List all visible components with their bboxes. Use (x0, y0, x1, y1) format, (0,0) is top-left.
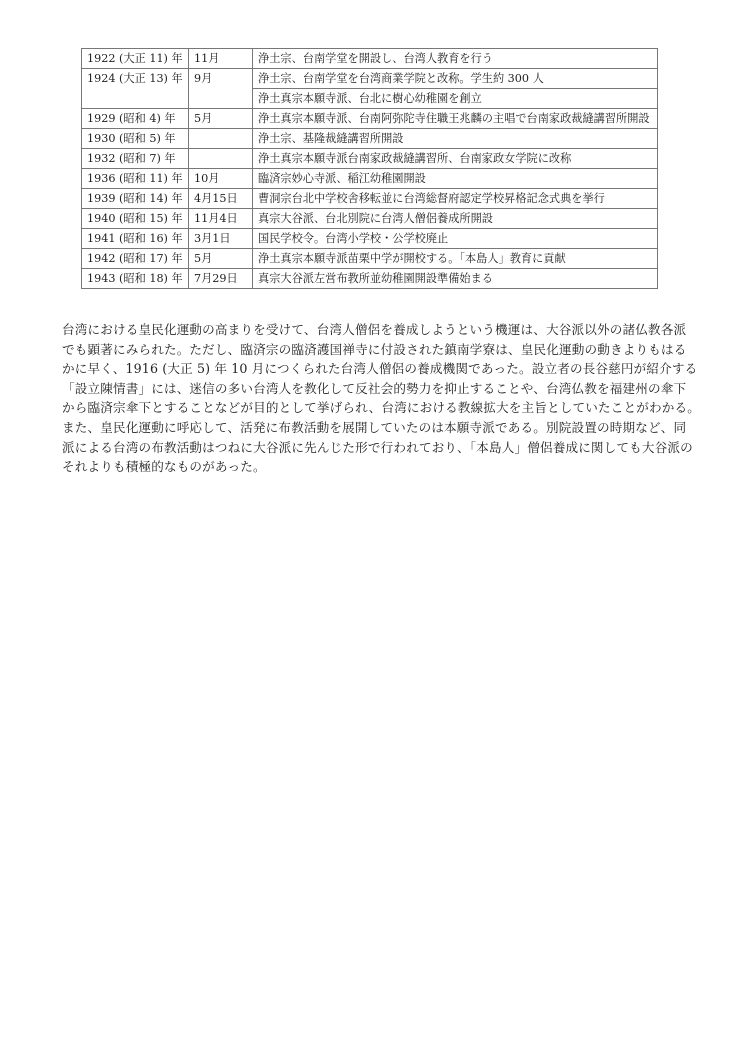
paragraph-line: かに早く、1916 (大正 5) 年 10 月につくられた台湾人僧侶の養成機関で… (62, 359, 679, 379)
date-cell: 1930 (昭和 5) 年 (82, 129, 189, 149)
paragraph-line: それよりも積極的なものがあった。 (62, 457, 679, 477)
chronology-table: 1922 (大正 11) 年 11月 浄土宗、台南学堂を開設し、台湾人教育を行う… (81, 48, 658, 289)
event-cell: 浄土真宗本願寺派、台北に樹心幼稚園を創立 (253, 89, 658, 109)
table-row: 1939 (昭和 14) 年 4月15日 曹洞宗台北中学校舎移転並に台湾総督府認… (82, 189, 658, 209)
month-cell: 11月 (189, 49, 253, 69)
month-cell: 3月1日 (189, 229, 253, 249)
paragraph-line: でも顕著にみられた。ただし、臨済宗の臨済護国禅寺に付設された鎮南学寮は、皇民化運… (62, 340, 679, 360)
date-cell: 1941 (昭和 16) 年 (82, 229, 189, 249)
paragraph-line: 台湾における皇民化運動の高まりを受けて、台湾人僧侶を養成しようという機運は、大谷… (62, 320, 679, 340)
month-cell: 5月 (189, 249, 253, 269)
paragraph-line: また、皇民化運動に呼応して、活発に布教活動を展開していたのは本願寺派である。別院… (62, 418, 679, 438)
event-cell: 浄土宗、台南学堂を開設し、台湾人教育を行う (253, 49, 658, 69)
month-cell: 4月15日 (189, 189, 253, 209)
date-cell: 1922 (大正 11) 年 (82, 49, 189, 69)
table-row: 1922 (大正 11) 年 11月 浄土宗、台南学堂を開設し、台湾人教育を行う (82, 49, 658, 69)
table-row: 1936 (昭和 11) 年 10月 臨済宗妙心寺派、稲江幼稚園開設 (82, 169, 658, 189)
event-cell: 国民学校令。台湾小学校・公学校廃止 (253, 229, 658, 249)
paragraph-line: から臨済宗傘下とすることなどが目的として挙げられ、台湾における教線拡大を主旨とし… (62, 398, 679, 418)
paragraph-line: 派による台湾の布教活動はつねに大谷派に先んじた形で行われており、「本島人」僧侶養… (62, 438, 679, 458)
month-cell: 7月29日 (189, 269, 253, 289)
table-row: 1942 (昭和 17) 年 5月 浄土真宗本願寺派苗栗中学が開校する。「本島人… (82, 249, 658, 269)
event-cell: 臨済宗妙心寺派、稲江幼稚園開設 (253, 169, 658, 189)
date-cell: 1942 (昭和 17) 年 (82, 249, 189, 269)
month-cell: 5月 (189, 109, 253, 129)
date-cell: 1924 (大正 13) 年 (82, 69, 189, 109)
date-cell: 1932 (昭和 7) 年 (82, 149, 189, 169)
date-cell: 1943 (昭和 18) 年 (82, 269, 189, 289)
event-cell: 浄土宗、台南学堂を台湾商業学院と改称。学生約 300 人 (253, 69, 658, 89)
paragraph-line: 「設立陳情書」には、迷信の多い台湾人を教化して反社会的勢力を抑止することや、台湾… (62, 379, 679, 399)
table-row: 1929 (昭和 4) 年 5月 浄土真宗本願寺派、台南阿弥陀寺住職王兆麟の主唱… (82, 109, 658, 129)
month-cell (189, 149, 253, 169)
table-row: 1930 (昭和 5) 年 浄土宗、基隆裁縫講習所開設 (82, 129, 658, 149)
date-cell: 1940 (昭和 15) 年 (82, 209, 189, 229)
event-cell: 浄土真宗本願寺派苗栗中学が開校する。「本島人」教育に貢献 (253, 249, 658, 269)
table-row: 1940 (昭和 15) 年 11月4日 真宗大谷派、台北別院に台湾人僧侶養成所… (82, 209, 658, 229)
month-cell: 11月4日 (189, 209, 253, 229)
date-cell: 1929 (昭和 4) 年 (82, 109, 189, 129)
month-cell: 9月 (189, 69, 253, 109)
document-page: 1922 (大正 11) 年 11月 浄土宗、台南学堂を開設し、台湾人教育を行う… (0, 0, 740, 1046)
body-paragraph: 台湾における皇民化運動の高まりを受けて、台湾人僧侶を養成しようという機運は、大谷… (62, 320, 679, 477)
event-cell: 真宗大谷派、台北別院に台湾人僧侶養成所開設 (253, 209, 658, 229)
date-cell: 1936 (昭和 11) 年 (82, 169, 189, 189)
date-cell: 1939 (昭和 14) 年 (82, 189, 189, 209)
event-cell: 浄土宗、基隆裁縫講習所開設 (253, 129, 658, 149)
event-cell: 浄土真宗本願寺派台南家政裁縫講習所、台南家政女学院に改称 (253, 149, 658, 169)
table-row: 1924 (大正 13) 年 9月 浄土宗、台南学堂を台湾商業学院と改称。学生約… (82, 69, 658, 89)
table-row: 1932 (昭和 7) 年 浄土真宗本願寺派台南家政裁縫講習所、台南家政女学院に… (82, 149, 658, 169)
event-cell: 曹洞宗台北中学校舎移転並に台湾総督府認定学校昇格記念式典を挙行 (253, 189, 658, 209)
event-cell: 真宗大谷派左営布教所並幼稚園開設準備始まる (253, 269, 658, 289)
table-row: 1941 (昭和 16) 年 3月1日 国民学校令。台湾小学校・公学校廃止 (82, 229, 658, 249)
month-cell (189, 129, 253, 149)
table-row: 1943 (昭和 18) 年 7月29日 真宗大谷派左営布教所並幼稚園開設準備始… (82, 269, 658, 289)
month-cell: 10月 (189, 169, 253, 189)
event-cell: 浄土真宗本願寺派、台南阿弥陀寺住職王兆麟の主唱で台南家政裁縫講習所開設 (253, 109, 658, 129)
